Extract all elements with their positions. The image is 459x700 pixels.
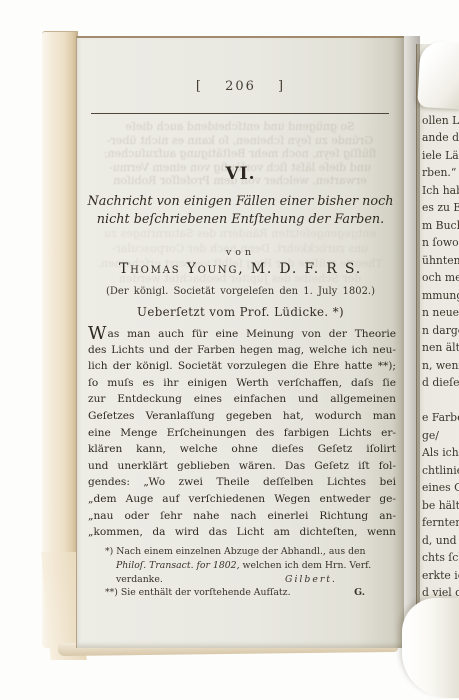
article-title-line2: nicht beſchriebenen Entſtehung der Farbe…: [77, 212, 404, 227]
footnotes: *) Nach einem einzelnen Abzuge der Abhan…: [105, 545, 391, 600]
right-page-text-line: chts ſchon: [422, 549, 459, 567]
right-page-text-line: e Farben: [422, 409, 459, 427]
right-page-text-line: m Buche: [422, 217, 459, 235]
right-page-text-fragments: ie Differeollen Länande deiele Längrben.…: [422, 94, 459, 646]
right-page-sliver: ie Differeollen Länande deiele Längrben.…: [416, 44, 459, 644]
body-line: lich der königl. Societät vorzulegen die…: [88, 358, 396, 375]
right-page-text-line: rben.“: [422, 164, 459, 182]
footnote-1-line2-rest: welchen ich dem Hrn. Verf.: [240, 560, 372, 571]
right-page-text-line: n dargebo: [422, 322, 459, 340]
top-page-curl: [417, 41, 459, 109]
header-rule: [91, 113, 389, 114]
book-photo: [ 206 ] So gnügend und entſcheidend auch…: [0, 0, 459, 700]
page-number: [ 206 ]: [77, 79, 404, 94]
body-first-line-text: as man auch für eine Meinung von der The…: [108, 328, 396, 340]
right-page-text-line: n ſowohl,: [422, 234, 459, 252]
footnote-1-signature: Gilbert.: [285, 573, 337, 587]
footnote-1-line3: verdanke.Gilbert.: [105, 573, 391, 587]
body-line: Geſetzes Veranlaſſung gegeben hat, wodur…: [88, 408, 396, 425]
translation-note: Ueberſetzt vom Prof. Lüdicke. *): [77, 305, 404, 319]
presentation-note: (Der königl. Societät vorgeleſen den 1. …: [77, 286, 404, 297]
right-page-text-line: fernten: [422, 514, 459, 532]
body-line: „kommen, da wird das Licht am dichteſten…: [88, 524, 396, 541]
body-line: zur Entdeckung eines einfachen und allge…: [88, 391, 396, 408]
footnote-1-italic-ref: Philoſ. Transact. for 1802,: [116, 560, 240, 571]
footnote-1-line1: *) Nach einem einzelnen Abzuge der Abhan…: [105, 545, 391, 559]
bottom-page-curl: [402, 598, 459, 698]
footnote-1-line2: Philoſ. Transact. for 1802, welchen ich …: [105, 559, 391, 573]
footnote-1-end: verdanke.: [116, 573, 163, 587]
right-page-text-line: ühnten: [422, 252, 459, 270]
right-page-text-line: ollen Län: [422, 112, 459, 130]
right-page-text-line: d dieſe F: [422, 374, 459, 392]
right-page-text-line: nen älter: [422, 339, 459, 357]
body-line: klären kann, welche ohne dieſes Geſetz i…: [88, 441, 396, 458]
article-title-line1: Nachricht von einigen Fällen einer bishe…: [77, 194, 404, 209]
right-page-text-line: Als ich: [422, 444, 459, 462]
footnote-2-text: **) Sie enthält der vorſtehende Aufſatz.: [105, 586, 291, 600]
body-line: eine Menge Erſcheinungen des farbigen Li…: [88, 425, 396, 442]
right-page-text-line: eines Ge: [422, 479, 459, 497]
right-page-text-line: chtlinien: [422, 462, 459, 480]
right-page-text-line: d, und: [422, 532, 459, 550]
body-line-first: Was man auch für eine Meinung von der Th…: [88, 325, 396, 342]
right-page-text-line: be hält,: [422, 497, 459, 515]
body-line: gendes: „Wo zwei Theile deſſelben Lichte…: [88, 474, 396, 491]
right-page-text-line: [422, 392, 459, 410]
right-page-text-line: ande de: [422, 129, 459, 147]
right-page-text-line: mmung de: [422, 287, 459, 305]
body-lines: des Lichts und der Farben hegen mag, wel…: [88, 342, 396, 541]
byline-von: von: [77, 247, 404, 258]
body-line: „nau oder ſehr nahe nach einerlei Richtu…: [88, 508, 396, 525]
drop-cap: W: [88, 323, 108, 344]
right-page-text-line: Ich hab: [422, 182, 459, 200]
body-line: des Lichts und der Farben hegen mag, wel…: [88, 342, 396, 359]
author-name: Thomas Young, M. D. F. R S.: [77, 261, 404, 277]
right-page-text-line: iele Läng: [422, 147, 459, 165]
right-page-text-line: ge/: [422, 427, 459, 445]
right-page-text-line: n neuen: [422, 304, 459, 322]
body-paragraph: Was man auch für eine Meinung von der Th…: [88, 325, 396, 541]
footnote-2: **) Sie enthält der vorſtehende Aufſatz.…: [105, 586, 391, 600]
body-line: „dem Auge auf verſchiedenen Wegen entwed…: [88, 491, 396, 508]
left-page: [ 206 ] So gnügend und entſcheidend auch…: [76, 36, 404, 648]
body-line: und unerklärt geblieben wären. Das Geſet…: [88, 458, 396, 475]
footnote-2-signature: G.: [354, 586, 365, 600]
right-page-text-line: och mehr C: [422, 269, 459, 287]
gutter-shadow: [392, 36, 420, 648]
body-line: ſo muſs es ihr einigen Werth verſchaffen…: [88, 375, 396, 392]
right-page-text-line: erkte ic: [422, 567, 459, 585]
right-page-text-line: n, wenn c: [422, 357, 459, 375]
section-number: VI.: [77, 164, 404, 184]
right-page-text-line: es zu Er: [422, 199, 459, 217]
